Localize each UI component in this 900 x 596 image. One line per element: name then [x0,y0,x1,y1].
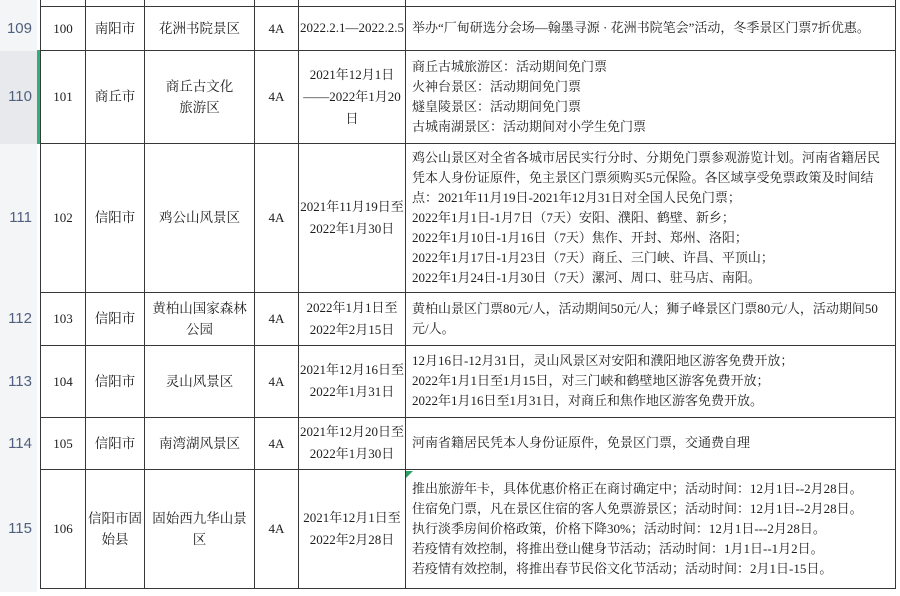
cell-serial[interactable]: 103 [41,292,86,345]
cell-description[interactable]: 黄柏山景区门票80元/人，活动期间50元/人；狮子峰景区门票80元/人，活动期间… [406,292,896,345]
cell-scenic-area-name[interactable]: 鸡公山风景区 [145,143,255,292]
row-header-109[interactable]: 109 [0,19,32,39]
cell-level[interactable]: 4A [255,50,299,143]
cell-city[interactable]: 信阳市 [86,345,145,417]
cell-period[interactable]: 2021年11月19日至 2022年1月30日 [299,143,406,292]
cell-scenic-area-name[interactable]: 黄柏山国家森林 公园 [145,292,255,345]
cell-serial[interactable]: 105 [41,417,86,469]
cell-city[interactable]: 信阳市 [86,143,145,292]
cell-level[interactable]: 4A [255,469,299,588]
table-row: 105 信阳市 南湾湖风景区 4A 2021年12月20日至 2022年1月30… [41,417,896,469]
cell-note-triangle-icon [406,471,413,478]
cell-serial[interactable]: 106 [41,469,86,588]
row-header-115[interactable]: 115 [0,519,32,539]
cell-serial[interactable]: 100 [41,6,86,50]
cell-description[interactable]: 商丘古城旅游区：活动期间免门票 火神台景区：活动期间免门票 燧皇陵景区：活动期间… [406,50,896,143]
cell-level[interactable]: 4A [255,6,299,50]
cell-scenic-area-name[interactable]: 南湾湖风景区 [145,417,255,469]
cell-serial[interactable]: 102 [41,143,86,292]
cell-city[interactable]: 信阳市固 始县 [86,469,145,588]
cell-period[interactable]: 2021年12月16日至 2022年1月31日 [299,345,406,417]
cell-description[interactable]: 举办“厂甸研选分会场—翰墨寻源 · 花洲书院笔会”活动，冬季景区门票7折优惠。 [406,6,896,50]
cell-period[interactable]: 2021年12月20日至 2022年1月30日 [299,417,406,469]
cell-scenic-area-name[interactable]: 灵山风景区 [145,345,255,417]
cell-description[interactable]: 鸡公山景区对全省各城市居民实行分时、分期免门票参观游览计划。河南省籍居民 凭本人… [406,143,896,292]
cell-description[interactable]: 推出旅游年卡，具体优惠价格正在商讨确定中；活动时间：12月1日--2月28日。 … [406,469,896,588]
cell-scenic-area-name[interactable]: 花洲书院景区 [145,6,255,50]
table-row: 103 信阳市 黄柏山国家森林 公园 4A 2022年1月1日至 2022年2月… [41,292,896,345]
cell-level[interactable]: 4A [255,345,299,417]
cell-serial[interactable]: 104 [41,345,86,417]
cell-description[interactable]: 12月16日-12月31日，灵山风景区对安阳和濮阳地区游客免费开放； 2022年… [406,345,896,417]
cell-city[interactable]: 南阳市 [86,6,145,50]
cell-period[interactable]: 2022.2.1—2022.2.5 [299,6,406,50]
table-row: 100 南阳市 花洲书院景区 4A 2022.2.1—2022.2.5 举办“厂… [41,6,896,50]
cell-city[interactable]: 信阳市 [86,292,145,345]
row-header-114[interactable]: 114 [0,434,32,454]
table-row: 102 信阳市 鸡公山风景区 4A 2021年11月19日至 2022年1月30… [41,143,896,292]
table-row: 104 信阳市 灵山风景区 4A 2021年12月16日至 2022年1月31日… [41,345,896,417]
scenic-area-table: 100 南阳市 花洲书院景区 4A 2022.2.1—2022.2.5 举办“厂… [40,0,896,589]
table-row: 106 信阳市固 始县 固始西九华山景 区 4A 2021年12月1日至 202… [41,469,896,588]
cell-period[interactable]: 2021年12月1日 ——2022年1月20 日 [299,50,406,143]
row-header-110[interactable]: 110 [0,87,32,107]
cell-level[interactable]: 4A [255,292,299,345]
table-row: 101 商丘市 商丘古文化 旅游区 4A 2021年12月1日 ——2022年1… [41,50,896,143]
cell-period[interactable]: 2021年12月1日至 2022年2月28日 [299,469,406,588]
cell-serial[interactable]: 101 [41,50,86,143]
cell-period[interactable]: 2022年1月1日至 2022年2月15日 [299,292,406,345]
row-header-112[interactable]: 112 [0,309,32,329]
row-header-113[interactable]: 113 [0,372,32,392]
cell-scenic-area-name[interactable]: 商丘古文化 旅游区 [145,50,255,143]
cell-city[interactable]: 商丘市 [86,50,145,143]
row-header-111[interactable]: 111 [0,208,32,228]
cell-city[interactable]: 信阳市 [86,417,145,469]
cell-scenic-area-name[interactable]: 固始西九华山景 区 [145,469,255,588]
cell-level[interactable]: 4A [255,143,299,292]
cell-level[interactable]: 4A [255,417,299,469]
spreadsheet-viewport: 109110111112113114115 100 南阳市 花洲书院景区 4A … [0,0,900,596]
row-header-strip: 109110111112113114115 [0,0,37,592]
cell-description[interactable]: 河南省籍居民凭本人身份证原件，免景区门票，交通费自理 [406,417,896,469]
